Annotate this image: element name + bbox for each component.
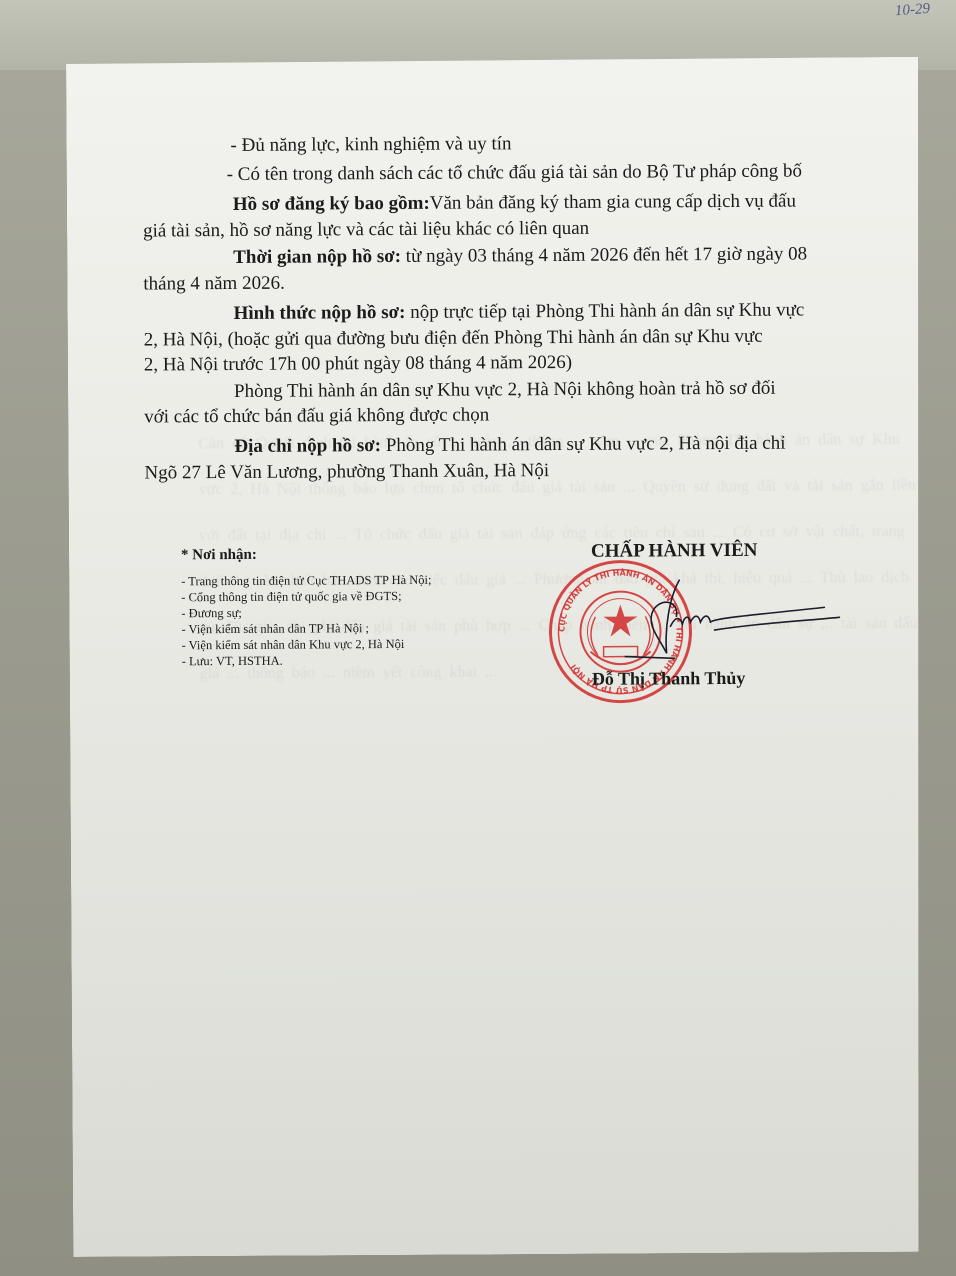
application-documents-line: giá tài sản, hồ sơ năng lực và các tài l…: [143, 218, 589, 243]
section-label: Thời gian nộp hồ sơ:: [233, 246, 401, 268]
submission-method-line: 2, Hà Nội, (hoặc gửi qua đường bưu điện …: [144, 326, 763, 352]
submission-time-paragraph: Thời gian nộp hồ sơ: từ ngày 03 tháng 4 …: [233, 243, 807, 269]
section-label: Địa chỉ nộp hồ sơ:: [234, 435, 381, 457]
handwritten-signature-icon: [624, 567, 845, 668]
recipient-item: - Viện kiểm sát nhân dân TP Hà Nội ;: [181, 620, 431, 638]
no-return-line: với các tổ chức bán đấu giá không được c…: [144, 404, 489, 428]
signer-name: Đỗ Thị Thanh Thủy: [592, 668, 746, 690]
recipient-item: - Trang thông tin điện tử Cục THADS TP H…: [181, 572, 431, 590]
submission-address-paragraph: Địa chỉ nộp hồ sơ: Phòng Thi hành án dân…: [234, 433, 785, 458]
recipient-item: - Viện kiểm sát nhân dân Khu vực 2, Hà N…: [182, 636, 432, 654]
submission-method-line: 2, Hà Nội trước 17h 00 phút ngày 08 thán…: [144, 352, 572, 377]
section-label: Hình thức nộp hồ sơ:: [233, 302, 405, 324]
application-documents-paragraph: Hồ sơ đăng ký bao gồm:Văn bản đăng ký th…: [233, 191, 796, 216]
recipients-list: - Trang thông tin điện tử Cục THADS TP H…: [181, 572, 432, 670]
recipients-title: * Nơi nhận:: [181, 547, 257, 564]
recipient-item: - Đương sự;: [181, 604, 431, 622]
section-label: Hồ sơ đăng ký bao gồm:: [233, 193, 430, 215]
document-page: Căn cứ Quyết định thi hành án số ... ngà…: [66, 57, 925, 1257]
submission-address-line: Ngõ 27 Lê Văn Lương, phường Thanh Xuân, …: [144, 460, 549, 484]
submission-method-paragraph: Hình thức nộp hồ sơ: nộp trực tiếp tại P…: [233, 299, 804, 324]
criteria-bullet: - Có tên trong danh sách các tổ chức đấu…: [227, 161, 802, 187]
handwritten-corner-note: 10-29: [894, 1, 930, 20]
recipient-item: - Cổng thông tin điện tử quốc gia về ĐGT…: [181, 588, 431, 606]
submission-time-line: tháng 4 năm 2026.: [143, 273, 285, 296]
signer-title: CHẤP HÀNH VIÊN: [591, 540, 758, 563]
no-return-paragraph: Phòng Thi hành án dân sự Khu vực 2, Hà N…: [234, 378, 776, 403]
recipient-item: - Lưu: VT, HSTHA.: [182, 652, 432, 670]
criteria-bullet: - Đủ năng lực, kinh nghiệm và uy tín: [230, 133, 511, 157]
